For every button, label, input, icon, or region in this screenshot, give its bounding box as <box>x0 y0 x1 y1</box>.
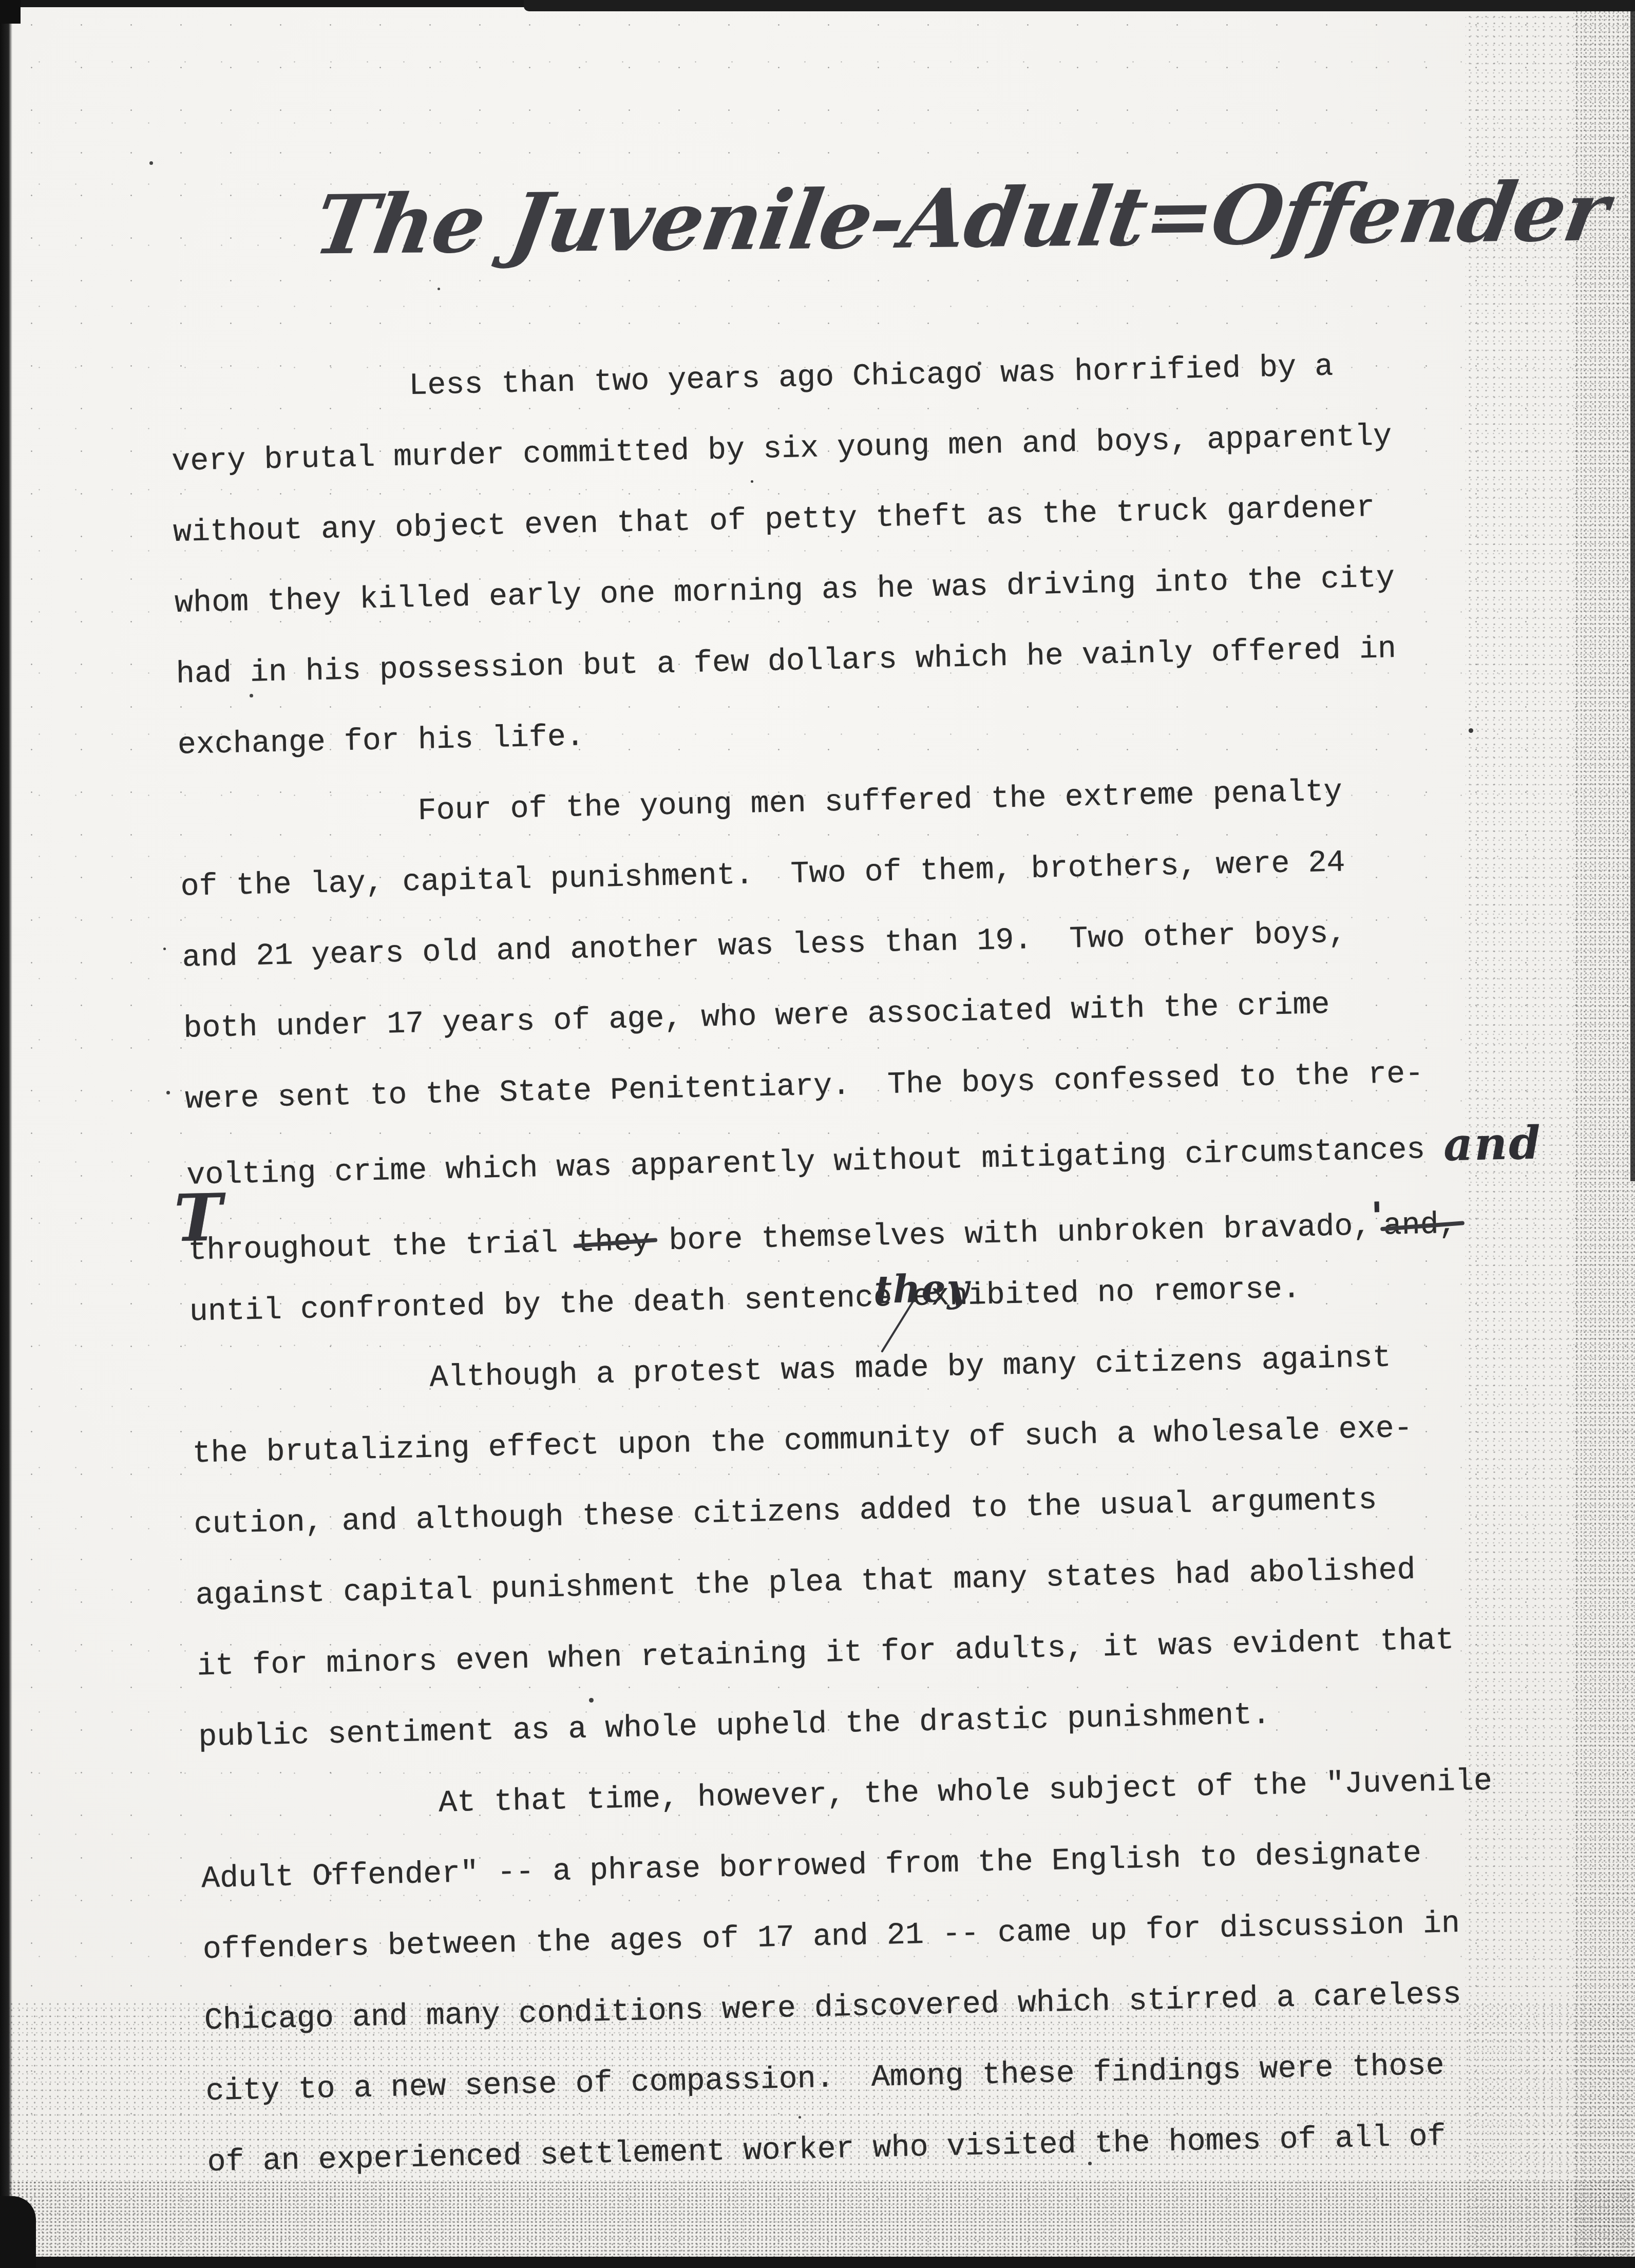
scan-edge-right <box>1630 0 1635 1181</box>
typed-text: until confronted by the death sentence <box>189 1280 892 1330</box>
handwritten-edit-insert-above: they <box>892 1305 912 1306</box>
typed-text-block: Less than two years ago Chicago was horr… <box>169 328 1553 2198</box>
typed-text: and 21 years old and another was less th… <box>182 916 1347 975</box>
typed-text: Four of the young men suffered the extre… <box>417 774 1342 829</box>
typed-text: whom they killed early one morning as he… <box>174 561 1395 621</box>
typed-text: public sentiment as a whole upheld the d… <box>198 1698 1271 1755</box>
typed-text: city to a new sense of compassion. Among… <box>205 2049 1444 2110</box>
scan-corner-bottom-left <box>0 2196 36 2268</box>
scanned-document-page: The Juvenile-Adult=Offender Less than tw… <box>0 0 1635 2268</box>
typed-text: Chicago and many conditions were discove… <box>204 1977 1461 2038</box>
typed-text: exhibited no remorse. <box>912 1272 1301 1315</box>
handwritten-edit-hand-tick: ' <box>1371 1194 1383 1239</box>
scan-corner-top-left <box>0 0 21 24</box>
typed-text: throughout the trial <box>188 1226 577 1269</box>
typed-text: exchange for his life. <box>177 720 584 763</box>
typed-text: without any object even that of petty th… <box>173 490 1375 551</box>
typed-text: of an experienced settlement worker who … <box>207 2120 1446 2181</box>
handwritten-edit-handwritten: and <box>1443 1116 1543 1171</box>
scan-edge-bottom <box>0 2257 1635 2268</box>
typed-text: the brutalizing effect upon the communit… <box>192 1411 1413 1472</box>
typed-text: against capital punishment the plea that… <box>195 1553 1416 1614</box>
scan-edge-top-right <box>524 0 1635 11</box>
inserted-handwritten-word: they <box>873 1253 971 1326</box>
handwritten-edit-struck: and, <box>1383 1207 1457 1244</box>
handwritten-edit-struck: they <box>576 1224 651 1261</box>
typed-text: were sent to the State Penitentiary. The… <box>185 1056 1424 1118</box>
typed-text: of the lay, capital punishment. Two of t… <box>180 845 1345 904</box>
typed-text: cution, and although these citizens adde… <box>194 1483 1377 1542</box>
typed-text: Although a protest was made by many citi… <box>429 1341 1391 1396</box>
typed-text: Less than two years ago Chicago was horr… <box>409 350 1334 404</box>
typed-text: Adult Offender" -- a phrase borrowed fro… <box>201 1837 1421 1897</box>
typed-text: At that time, however, the whole subject… <box>438 1764 1492 1821</box>
typed-text: both under 17 years of age, who were ass… <box>183 988 1330 1047</box>
typed-text: very brutal murder committed by six youn… <box>172 419 1392 480</box>
typed-text: had in his possession but a few dollars … <box>176 632 1396 692</box>
typed-text: it for minors even when retaining it for… <box>197 1623 1454 1684</box>
typed-text: bore themselves with unbroken bravado, <box>650 1209 1372 1259</box>
handwritten-title: The Juvenile-Adult=Offender <box>308 166 1454 273</box>
typed-text: offenders between the ages of 17 and 21 … <box>202 1906 1460 1968</box>
scan-edge-left <box>0 0 12 2268</box>
